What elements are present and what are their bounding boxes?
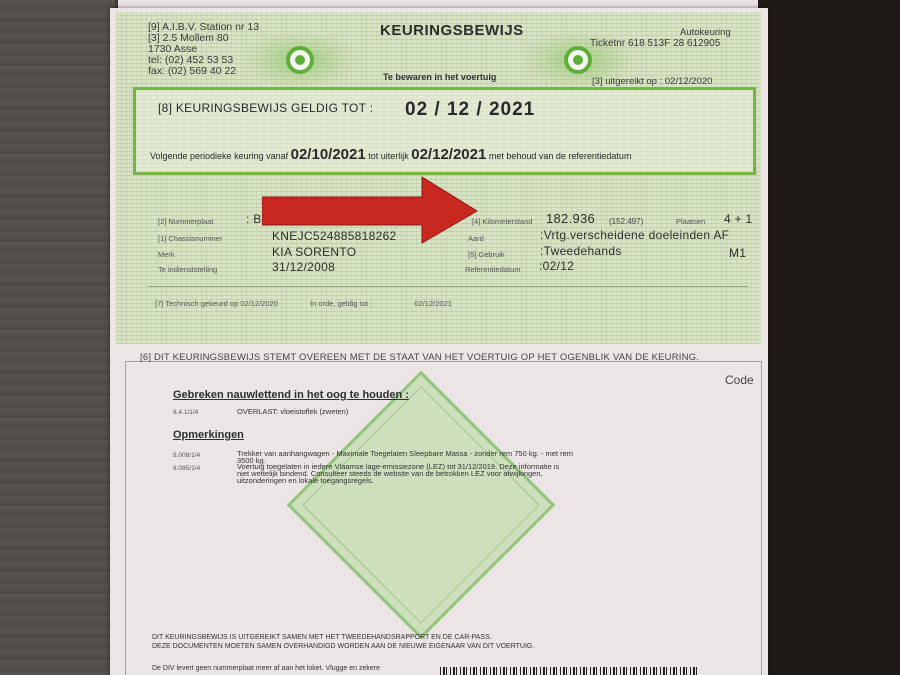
remark-line: Trekker van aanhangwagen - Maximale Toeg… — [237, 450, 573, 458]
next-prefix: Volgende periodieke keuring vanaf — [150, 151, 288, 161]
conformity-statement: [6] DIT KEURINGSBEWIJS STEMT OVEREEN MET… — [140, 352, 699, 363]
reference-date-value: :02/12 — [539, 259, 574, 273]
desk-surface-right — [775, 0, 900, 675]
code-column-header: Code — [725, 373, 754, 387]
footer-line-3: De DIV levert geen nummerplaat meer af a… — [152, 665, 380, 672]
plate-label: [2] Nummerplaat — [158, 217, 213, 226]
remarks-title: Opmerkingen — [173, 429, 244, 441]
desk-surface-left — [0, 0, 115, 675]
vehicle-type-value: :Vrtg.verscheidene doeleinden AF — [540, 228, 729, 242]
document-title: KEURINGSBEWIJS — [380, 22, 524, 39]
remark-line: uitzonderingen en lokale toegangsregels. — [237, 477, 374, 485]
red-arrow-annotation — [262, 175, 480, 245]
seats-label: Plaatsen — [676, 217, 705, 226]
barcode — [440, 667, 700, 675]
defect-code: 8.4.1/1/4 — [173, 409, 198, 416]
remark-code: 8.095/1/4 — [173, 465, 200, 472]
next-inspection-line: Volgende periodieke keuring vanaf 02/10/… — [150, 146, 631, 163]
odometer-previous: (152.497) — [609, 217, 643, 226]
technical-checked: [7] Technisch gekeurd op 02/12/2020 — [155, 299, 278, 308]
plate-value: : B — [246, 212, 262, 226]
technical-valid-date: 02/12/2021 — [414, 299, 452, 308]
use-label: [5] Gebruik — [468, 250, 505, 259]
use-value: :Tweedehands — [540, 244, 622, 258]
chassis-label: [1] Chassisnummer — [158, 234, 223, 243]
validity-label: [8] KEURINGSBEWIJS GELDIG TOT : — [158, 101, 373, 115]
fax: fax: (02) 569 40 22 — [148, 66, 259, 77]
defect-text: OVERLAST: vloeistoflek (zweten) — [237, 408, 348, 416]
odometer-label: [4] Kilometerstand — [472, 217, 532, 226]
validity-date: 02 / 12 / 2021 — [405, 99, 535, 121]
reference-date-label: Referentiedatum — [465, 265, 520, 274]
first-registration-label: Te indienststelling — [158, 265, 217, 274]
footer-line-1: DIT KEURINGSBEWIJS IS UITGEREIKT SAMEN M… — [152, 634, 492, 641]
next-suffix: met behoud van de referentiedatum — [489, 151, 632, 161]
ticket-number: Ticketnr 618 513F 28 612905 — [590, 38, 720, 49]
technical-valid-label: In orde, geldig tot : — [310, 299, 372, 308]
technical-check-line: [7] Technisch gekeurd op 02/12/2020 In o… — [155, 299, 452, 308]
odometer-value: 182.936 — [546, 211, 595, 226]
seats-value: 4 + 1 — [724, 212, 753, 226]
make-value: KIA SORENTO — [272, 245, 356, 259]
service-label: Autokeuring — [680, 27, 731, 38]
next-until-date: 02/12/2021 — [411, 146, 486, 163]
keep-note: Te bewaren in het voertuig — [383, 72, 496, 82]
separator-line — [148, 286, 748, 287]
station-address: [9] A.I.B.V. Station nr 13 [3] 2.5 Molle… — [148, 22, 259, 77]
next-from-date: 02/10/2021 — [291, 146, 366, 163]
make-label: Merk — [158, 250, 175, 259]
next-mid: tot uiterlijk — [368, 151, 409, 161]
first-registration-value: 31/12/2008 — [272, 260, 335, 274]
issued-date: [3] uitgereikt op : 02/12/2020 — [592, 76, 712, 87]
remark-code: 8.008/1/4 — [173, 452, 200, 459]
vehicle-category: M1 — [729, 246, 746, 260]
footer-line-2: DEZE DOCUMENTEN MOETEN SAMEN OVERHANDIGD… — [152, 643, 534, 650]
defects-title: Gebreken nauwlettend in het oog te houde… — [173, 389, 409, 401]
